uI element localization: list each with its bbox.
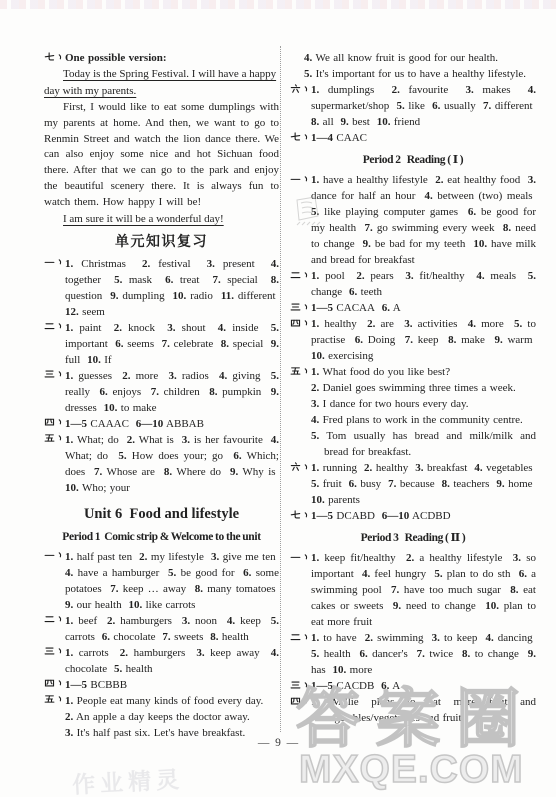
answer-item: 1. running [311,462,357,474]
answer-item: 1—4 CAAC [311,132,367,144]
answer-number: 9. [363,238,371,250]
answer-item: 7. have too much sugar [391,584,501,596]
sentence-item: 3. I dance for two hours every day. [311,396,536,412]
answer-items: 1. keep fit/healthy 2. a healthy lifesty… [311,550,536,630]
answer-number: 2. [127,434,135,446]
answer-item: 7. different [483,100,533,112]
answer-item: 6. treat [165,274,199,286]
answer-number: 5. [396,100,404,112]
answer-item: 1. guesses [65,370,112,382]
section-label [290,50,304,82]
answer-number: 8. [510,584,518,596]
answer-items: 1. beef 2. hamburgers 3. noon 4. keep 5.… [65,613,279,645]
answer-number: 1—5 [311,510,333,522]
answer-number: 5. [118,450,126,462]
corner-watermark: 作业精灵 [71,761,185,797]
answer-number: 7. [110,583,118,595]
answer-group: 1—5 BCBBB [44,677,279,693]
answer-item: 4. meals [476,270,516,282]
answer-number: 1. [65,551,73,563]
right-column: 4. We all know fruit is good for our hea… [290,50,536,726]
answer-number: 4. [271,258,279,270]
answer-number: 1. [65,695,73,707]
answer-item: 8. teachers [442,478,490,490]
cn-numeral-glyph [44,677,55,689]
answer-number: 7. [405,334,413,346]
answer-number: 6. [100,386,108,398]
answer-item: 2. a healthy lifestyle [406,552,502,564]
answer-number: 1—5 [65,679,87,691]
answer-item: 10. friend [377,116,420,128]
answer-number: 1. [65,434,73,446]
answer-number: 1—4 [311,132,333,144]
answer-number: 11. [221,290,234,302]
answer-number: 10. [485,600,499,612]
answer-item: 10. exercising [311,350,373,362]
answer-number: 5. [114,274,122,286]
answer-item: 2. What is [127,434,174,446]
section-label [290,130,311,146]
section-label [290,300,311,316]
cn-numeral-glyph [44,613,55,625]
answer-number: 2. [107,615,115,627]
answer-item: 10. like carrots [128,599,195,611]
answer-item: 2. my lifestyle [139,551,204,563]
answer-item: 1. half past ten [65,551,132,563]
answer-number: 8. [271,274,279,286]
answer-number: 6. [432,100,440,112]
column-divider [280,46,281,732]
answer-group: 1. What; do 2. What is 3. is her favouri… [44,432,279,496]
answer-items: 1—5 DCABD 6—10 ACDBD [311,508,536,524]
answer-item: 5. be good for [168,567,234,579]
cn-numeral-glyph [44,320,55,332]
answer-item: 6. teeth [349,286,382,298]
answer-item: 4. giving [219,370,261,382]
answer-number: 5. [271,615,279,627]
answer-item: 6. dancer's [359,648,407,660]
answer-item: 2. healthy [364,462,408,474]
answer-item: 5. like [396,100,424,112]
answer-number: 1. [65,322,73,334]
answer-item: 4. have a hamburger [65,567,159,579]
answer-number: 9. [65,599,73,611]
answer-item: 1. What; do [65,434,119,446]
sentence-items: 1. What food do you like best?2. Daniel … [311,364,536,460]
cn-numeral-glyph [290,509,301,521]
answer-number: 4. [485,632,493,644]
answer-number: 5. [168,567,176,579]
answer-number: 2. [367,318,375,330]
answer-items: 1. dumplings 2. favourite 3. makes 4. su… [311,82,536,130]
answer-item: 4. between (two) meals [425,190,533,202]
cn-numeral-glyph [290,631,301,643]
answer-number: 1—5 [65,418,87,430]
answer-number: 7. [417,648,425,660]
answer-number: 8. [221,338,229,350]
answer-group: 1. pool 2. pears 3. fit/healthy 4. meals… [290,268,536,300]
answer-number: 1. [311,174,319,186]
answer-number: 3. [168,370,176,382]
answer-item: 6. usually [432,100,476,112]
answer-item: 7. children [151,386,200,398]
answer-item: 1. paint [65,322,101,334]
answer-item: 8. many tomatoes [195,583,276,595]
answer-items: 1—4 CAAC [311,130,536,146]
answer-number: 3. [405,270,413,282]
answer-number: 12. [65,306,79,318]
answer-number: 9. [393,600,401,612]
answer-number: 9. [271,338,279,350]
answer-number: 4. [425,190,433,202]
answer-item: 11. different [221,290,276,302]
answer-item: 9. need to change [393,600,476,612]
answer-number: 2. [65,711,73,723]
answer-item: 1. dumplings [311,84,374,96]
answer-item: 3. give me ten [211,551,276,563]
answer-number: 6. [468,206,476,218]
answer-item: 2. festival [142,258,191,270]
section-label [44,645,65,677]
answer-item: 9. home [496,478,532,490]
section-label [44,693,65,741]
period-heading: Period 2 Reading ( Ⅰ ) [290,152,536,168]
answer-item: 5. plan to do sth [434,568,510,580]
answer-item: 10. to make [104,402,157,414]
answer-number: 10. [473,238,487,250]
answer-number: 1. [311,270,319,282]
answer-number: 1. [311,84,319,96]
scanned-answer-page: One possible version:Today is the Spring… [0,0,556,797]
cn-numeral-glyph [290,173,301,185]
answer-group: 1. have a healthy lifestyle 2. eat healt… [290,172,536,268]
answer-number: 4. [65,567,73,579]
answer-item: 2. pears [356,270,393,282]
answer-number: 5. [271,370,279,382]
answer-group: 1—4 CAAC [290,130,536,146]
answer-item: 4. feel hungry [362,568,426,580]
answer-number: 2. [356,270,364,282]
cn-numeral-glyph [290,83,301,95]
answer-item: 4. more [468,318,504,330]
section-label [44,320,65,368]
answer-number: 8. [503,222,511,234]
cn-numeral-glyph [44,693,55,705]
sentence-items: 4. We all know fruit is good for our hea… [304,50,536,82]
answer-number: 6. [243,567,251,579]
answer-item: 3. breakfast [415,462,467,474]
answer-group: 1—5 CACAA 6. A [290,300,536,316]
answer-number: 1. [65,370,73,382]
answer-number: 7. [162,631,170,643]
answer-item: 2. knock [114,322,155,334]
answer-number: 4. [474,462,482,474]
answer-item: 10. If [87,354,112,366]
section-label [44,368,65,416]
answer-item: 2. hamburgers [120,647,186,659]
answer-item: 3. makes [466,84,511,96]
answer-number: 3. [167,322,175,334]
cn-numeral-glyph [44,432,55,444]
answer-item: 1—5 BCBBB [65,679,127,691]
cn-numeral-glyph [290,365,301,377]
answer-number: 6. [359,648,367,660]
answer-item: 4. keep [227,615,261,627]
answer-item: 7. special [212,274,257,286]
answer-item: 9. be bad for my teeth [363,238,466,250]
answer-number: 6. [519,568,527,580]
answer-number: 3. [311,398,319,410]
answer-item: 2. more [122,370,158,382]
underlined-sentence: Today is the Spring Festival. I will hav… [44,66,279,100]
answer-number: 10. [377,116,391,128]
cn-numeral-glyph [44,51,55,63]
answer-number: 9. [110,290,118,302]
answer-number: 8. [210,631,218,643]
review-section-heading: 单元知识复习 [44,233,279,252]
cn-numeral-glyph [290,551,301,563]
section-label [44,677,65,693]
answer-number: 3. [196,647,204,659]
sentence-item: 5. It's important for us to have a healt… [304,66,536,82]
answer-number: 4. [271,434,279,446]
answer-number: 5. [304,68,312,80]
section-label [290,630,311,678]
section-label [44,432,65,496]
answer-item: 12. seem [65,306,105,318]
answer-item: 1. have a healthy lifestyle [311,174,428,186]
period-heading: Period 3 Reading ( Ⅱ ) [290,530,536,546]
section-label [290,550,311,630]
answer-number: 3. [466,84,474,96]
answer-number: 10. [311,350,325,362]
answer-item: 2. are [367,318,394,330]
answer-number: 5. [271,322,279,334]
answer-number: 2. [139,551,147,563]
answer-group: 1. half past ten 2. my lifestyle 3. give… [44,549,279,613]
answer-number: 10. [65,482,79,494]
answer-item: 10. parents [311,494,360,506]
essay-paragraph: First, I would like to eat some dumpling… [44,100,279,211]
answer-item: 5. like playing computer games [311,206,458,218]
answer-items: 1—5 CACAA 6. A [311,300,536,316]
answer-group: 1. carrots 2. hamburgers 3. keep away 4.… [44,645,279,677]
answer-number: 6. [355,334,363,346]
answer-item: 2. eat healthy food [435,174,520,186]
answer-number: 1. [311,632,319,644]
sentence-item: 4. Fred plans to work in the community c… [311,412,536,428]
answer-number: 6. [165,274,173,286]
opv-bold-text: One possible version: [65,52,167,64]
answer-number: 4. [219,370,227,382]
answer-item: 6. A [382,302,401,314]
answer-group: 1—5 DCABD 6—10 ACDBD [290,508,536,524]
answer-number: 3. [513,552,521,564]
answer-item: 2. swimming [365,632,424,644]
sentence-items: 1. People eat many kinds of food every d… [65,693,279,741]
answer-number: 1. [311,552,319,564]
period-heading: Period 1 Comic strip & Welcome to the un… [44,529,279,545]
ink-stamp [293,194,325,236]
answer-number: 10. [128,599,142,611]
answer-number: 4. [362,568,370,580]
answer-item: 3. noon [182,615,217,627]
answer-number: 1. [65,258,73,270]
answer-item: 1. healthy [311,318,357,330]
sentence-group: 4. We all know fruit is good for our hea… [290,50,536,82]
answer-number: 2. [120,647,128,659]
answer-item: 4. inside [218,322,259,334]
answer-number: 2. [142,258,150,270]
answer-item: 5. health [114,663,153,675]
answer-item: 3. present [207,258,255,270]
answer-items: 1. guesses 2. more 3. radios 4. giving 5… [65,368,279,416]
answer-items: 1—5 CAAAC 6—10 ABBAB [65,416,279,432]
answer-item: 7. keep … away [110,583,186,595]
answer-item: 8. pumpkin [209,386,261,398]
answer-item: 3. is her favourite [182,434,263,446]
answer-number: 9. [271,386,279,398]
sentence-item: 1. What food do you like best? [311,364,536,380]
answer-number: 2. [311,382,319,394]
answer-number: 1. [311,366,319,378]
answer-number: 7. [364,222,372,234]
answer-number: 6—10 [136,418,164,430]
section-label [44,256,65,320]
section-label [290,316,311,364]
answer-number: 3. [415,462,423,474]
site-watermark: MXQE.COM [299,750,524,790]
answer-number: 1—5 [311,302,333,314]
answer-number: 8. [311,116,319,128]
answer-number: 3. [211,551,219,563]
answer-items: 1. paint 2. knock 3. shout 4. inside 5. … [65,320,279,368]
answer-number: 2. [122,370,130,382]
section-label [44,416,65,432]
answer-item: 2. favourite [392,84,449,96]
answer-item: 9. best [340,116,369,128]
answer-number: 4. [271,647,279,659]
section-label [44,549,65,613]
answer-number: 5. [528,270,536,282]
answer-number: 10. [333,664,347,676]
answer-group: 1. to have 2. swimming 3. to keep 4. dan… [290,630,536,678]
section-label [290,508,311,524]
answer-number: 4. [304,52,312,64]
answer-group: 1. beef 2. hamburgers 3. noon 4. keep 5.… [44,613,279,645]
answer-number: 7. [391,584,399,596]
answer-number: 7. [388,478,396,490]
answer-number: 2. [406,552,414,564]
answer-item: 5. health [311,648,351,660]
answer-number: 9. [340,116,348,128]
answer-number: 7. [212,274,220,286]
answer-number: 3. [432,632,440,644]
answer-items: 1. carrots 2. hamburgers 3. keep away 4.… [65,645,279,677]
cn-numeral-glyph [290,269,301,281]
answer-item: 7. celebrate [162,338,214,350]
sentence-item: 2. An apple a day keeps the doctor away. [65,709,279,725]
answer-number: 7. [483,100,491,112]
answer-item: 9. warm [494,334,532,346]
answer-item: 6—10 ABBAB [136,418,204,430]
answer-number: 8. [448,334,456,346]
sentence-group: 1. What food do you like best?2. Daniel … [290,364,536,460]
answer-item: 7. Whose are [94,466,155,478]
answer-items: 1. What; do 2. What is 3. is her favouri… [65,432,279,496]
answer-item: 6. enjoys [100,386,142,398]
answer-item: 6—10 ACDBD [382,510,451,522]
answer-number: 3. [207,258,215,270]
section-label [290,460,311,508]
underline-text: Today is the Spring Festival. I will hav… [44,68,276,97]
answer-number: 2. [365,632,373,644]
answer-number: 7. [162,338,170,350]
answer-item: 1. carrots [65,647,109,659]
brand-watermark: 答案圈 [296,688,536,752]
answer-item: 7. because [388,478,435,490]
answer-item: 4. dancing [485,632,532,644]
cn-numeral-glyph [290,301,301,313]
answer-item: 3. to keep [432,632,478,644]
answer-item: 5. fruit [311,478,342,490]
answer-number: 2. [114,322,122,334]
section-label [290,364,311,460]
answer-item: 6. chocolate [102,631,156,643]
answer-item: 1. pool [311,270,345,282]
answer-item: 9. dumpling [110,290,164,302]
answer-number: 9. [496,478,504,490]
answer-item: 6. seems [115,338,154,350]
answer-item: 2. hamburgers [107,615,172,627]
cn-numeral-glyph [290,317,301,329]
answer-number: 10. [311,494,325,506]
answer-group: 1. Christmas 2. festival 3. present 4. t… [44,256,279,320]
answer-item: 10. Who; your [65,482,130,494]
sentence-item: 4. We all know fruit is good for our hea… [304,50,536,66]
answer-item: 10. radio [173,290,213,302]
answer-number: 3. [182,615,190,627]
answer-group: 1. keep fit/healthy 2. a healthy lifesty… [290,550,536,630]
cn-numeral-glyph [44,416,55,428]
answer-number: 6. [349,286,357,298]
answer-number: 7. [151,386,159,398]
answer-number: 4. [468,318,476,330]
answer-number: 8. [164,466,172,478]
answer-number: 8. [195,583,203,595]
answer-item: 3. radios [168,370,208,382]
answer-item: 8. all [311,116,334,128]
opv-text: One possible version: [65,50,279,66]
section-label [290,268,311,300]
cn-numeral-glyph [290,461,301,473]
answer-number: 4. [311,414,319,426]
answer-number: 6. [233,450,241,462]
answer-group: 1. paint 2. knock 3. shout 4. inside 5. … [44,320,279,368]
sentence-item: 5. Tom usually has bread and milk/milk a… [311,428,536,460]
answer-group: 1. guesses 2. more 3. radios 4. giving 5… [44,368,279,416]
answer-number: 8. [442,478,450,490]
answer-item: 8. Where do [164,466,221,478]
answer-item: 7. sweets [162,631,203,643]
answer-item: 3. shout [167,322,205,334]
answer-item: 5. mask [114,274,152,286]
cn-numeral-glyph [44,645,55,657]
answer-item: 1. beef [65,615,97,627]
answer-item: 1—5 CACAA [311,302,375,314]
answer-item: 10. more [333,664,373,676]
answer-number: 6. [115,338,123,350]
